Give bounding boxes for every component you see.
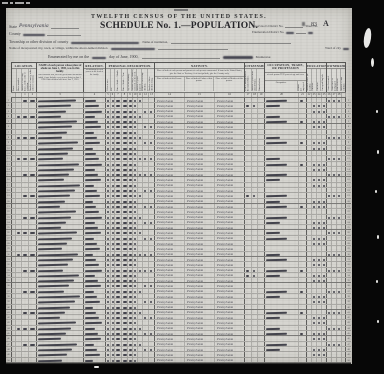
cell-natz xyxy=(258,183,265,187)
line-number-right: 46 xyxy=(346,336,351,340)
cell-mon xyxy=(299,130,307,134)
birthplace-handwriting: Pennsylvania xyxy=(187,326,203,330)
handwriting-ink xyxy=(144,126,146,128)
cell-name xyxy=(37,299,84,303)
handwriting-ink xyxy=(129,312,132,314)
cell-name xyxy=(37,225,84,229)
cell-mon xyxy=(299,236,307,240)
cell-dwell xyxy=(22,124,29,128)
cell-imm xyxy=(245,257,252,261)
handwriting-ink xyxy=(23,291,27,293)
supervisor-label: Supervisor's District No. xyxy=(252,24,283,28)
cell-nat3: Pennsylvania xyxy=(215,336,245,340)
birthplace-handwriting: Pennsylvania xyxy=(187,130,203,134)
cell-imm xyxy=(245,183,252,187)
cell-nat3: Pennsylvania xyxy=(215,177,245,181)
handwriting-ink xyxy=(323,121,325,123)
cell-occ xyxy=(265,215,299,219)
cell-fam xyxy=(29,204,37,208)
cell-mon xyxy=(299,135,307,139)
cell-nat3: Pennsylvania xyxy=(215,167,245,171)
cell-imm xyxy=(245,124,252,128)
handwriting-ink xyxy=(107,169,109,171)
cell-mon xyxy=(299,347,307,351)
cell-natz xyxy=(258,135,265,139)
handwriting-ink xyxy=(107,121,109,123)
cell-fam xyxy=(29,252,37,256)
cell-occ xyxy=(265,151,299,155)
cell-dwell xyxy=(22,241,29,245)
handwriting-ink xyxy=(112,232,114,234)
handwriting-ink xyxy=(123,328,127,330)
cell-nat1: Pennsylvania xyxy=(155,252,185,256)
birthplace-handwriting: Pennsylvania xyxy=(217,120,233,124)
cell-fam xyxy=(29,162,37,166)
cell-fam xyxy=(29,320,37,324)
line-number-right: 42 xyxy=(346,315,351,319)
handwriting-ink xyxy=(338,344,340,346)
handwriting-ink xyxy=(107,275,109,277)
birthplace-handwriting: Pennsylvania xyxy=(217,167,233,171)
handwriting-ink xyxy=(139,100,141,102)
handwriting-ink xyxy=(266,343,287,345)
handwriting-ink xyxy=(23,195,27,197)
cell-fam xyxy=(29,326,37,330)
birthplace-handwriting: Pennsylvania xyxy=(157,236,173,240)
cell-nat3: Pennsylvania xyxy=(215,183,245,187)
cell-mon xyxy=(299,336,307,340)
cell-name xyxy=(37,135,84,139)
birthplace-handwriting: Pennsylvania xyxy=(157,316,173,320)
handwriting-ink xyxy=(313,126,315,128)
birthplace-handwriting: Pennsylvania xyxy=(157,194,173,198)
handwriting-ink xyxy=(246,269,249,271)
handwriting-ink xyxy=(107,269,109,271)
handwriting-ink xyxy=(323,238,325,240)
cell-mon xyxy=(299,167,307,171)
handwriting-ink xyxy=(123,111,127,113)
cell-natz xyxy=(258,278,265,282)
handwriting-ink xyxy=(253,195,255,197)
table-header: LOCATION.Street.House number.Number of d… xyxy=(11,62,346,93)
cell-dwell xyxy=(22,162,29,166)
birthplace-handwriting: Pennsylvania xyxy=(157,109,173,113)
handwriting-ink xyxy=(38,327,71,329)
cell-occ xyxy=(265,262,299,266)
line-number-right: 17 xyxy=(346,183,351,187)
handwriting-ink xyxy=(85,317,99,319)
handwriting-ink xyxy=(318,259,320,261)
birthplace-handwriting: Pennsylvania xyxy=(187,300,203,304)
cell-nat3: Pennsylvania xyxy=(215,320,245,324)
birthplace-handwriting: Pennsylvania xyxy=(217,136,233,140)
handwriting-ink xyxy=(266,296,280,298)
cell-occ xyxy=(265,252,299,256)
handwriting-ink xyxy=(38,343,77,346)
cell-dwell xyxy=(22,315,29,319)
cell-natz xyxy=(258,193,265,197)
section-title: OCCUPATION, TRADE, OR PROFESSION xyxy=(265,63,306,73)
handwriting-ink xyxy=(85,232,101,234)
handwriting-ink xyxy=(38,349,72,351)
handwriting-ink xyxy=(112,211,114,213)
cell-imm xyxy=(245,193,252,197)
birthplace-handwriting: Pennsylvania xyxy=(157,284,173,288)
handwriting-ink xyxy=(266,174,287,176)
cell-occ xyxy=(265,183,299,187)
cell-occ xyxy=(265,310,299,314)
handwriting-ink xyxy=(338,232,340,234)
cell-occ xyxy=(265,358,299,362)
handwriting-ink xyxy=(116,328,120,330)
cell-rel xyxy=(84,331,106,335)
handwriting-ink xyxy=(144,254,146,256)
handwriting-ink xyxy=(323,338,325,340)
cell-nat2: Pennsylvania xyxy=(185,299,215,303)
column-label: Place of birth of this Person. xyxy=(155,77,185,91)
cell-rel xyxy=(84,119,106,123)
cell-imm xyxy=(245,262,252,266)
cell-mo xyxy=(115,289,122,293)
cell-nat2: Pennsylvania xyxy=(185,124,215,128)
cell-nat2: Pennsylvania xyxy=(185,119,215,123)
line-number-right: 5 xyxy=(346,119,351,123)
handwriting-ink xyxy=(107,338,109,340)
cell-mon xyxy=(299,215,307,219)
birthplace-handwriting: Pennsylvania xyxy=(187,189,203,193)
cell-name xyxy=(37,257,84,261)
cell-nat3: Pennsylvania xyxy=(215,252,245,256)
cell-nat3: Pennsylvania xyxy=(215,156,245,160)
cell-mo xyxy=(115,336,122,340)
handwriting-ink xyxy=(134,148,136,150)
cell-fam xyxy=(29,241,37,245)
handwriting-ink xyxy=(107,222,109,224)
handwriting-ink xyxy=(318,201,320,203)
birthplace-handwriting: Pennsylvania xyxy=(157,353,173,357)
cell-imm xyxy=(245,289,252,293)
handwriting-ink xyxy=(144,269,146,271)
handwriting-ink xyxy=(266,137,280,139)
cell-mon xyxy=(299,177,307,181)
birthplace-handwriting: Pennsylvania xyxy=(217,189,233,193)
handwriting-ink xyxy=(112,195,114,197)
census-sheet: TWELFTH CENSUS OF THE UNITED STATES. 83A… xyxy=(6,8,352,364)
handwriting-ink xyxy=(30,232,35,234)
cell-nat2: Pennsylvania xyxy=(185,305,215,309)
sub-columns: Year of immigration to the United States… xyxy=(245,69,264,91)
cell-mo xyxy=(115,172,122,176)
handwriting-ink xyxy=(266,121,287,123)
handwriting-ink xyxy=(139,291,141,293)
handwriting-ink xyxy=(116,195,120,197)
birthplace-handwriting: Pennsylvania xyxy=(217,210,233,214)
cell-rel xyxy=(84,320,106,324)
cell-imm xyxy=(245,215,252,219)
cell-mo xyxy=(115,342,122,346)
handwriting-ink xyxy=(38,306,70,308)
cell-imm xyxy=(245,146,252,150)
cell-rel xyxy=(84,109,106,113)
cell-mon xyxy=(299,305,307,309)
cell-natz xyxy=(258,177,265,181)
handwriting-ink xyxy=(30,195,35,197)
cell-occ xyxy=(265,119,299,123)
handwriting-ink xyxy=(107,322,109,324)
handwriting-ink xyxy=(129,142,132,144)
cell-nat1: Pennsylvania xyxy=(155,347,185,351)
handwriting-ink xyxy=(85,174,98,176)
cell-fam xyxy=(29,98,37,102)
handwriting-ink xyxy=(134,285,136,287)
cell-occ xyxy=(265,188,299,192)
cell-nat1: Pennsylvania xyxy=(155,336,185,340)
handwriting-ink xyxy=(134,312,136,314)
handwriting-ink xyxy=(328,100,330,102)
cell-imm xyxy=(245,109,252,113)
cell-fam xyxy=(29,358,37,362)
birthplace-handwriting: Pennsylvania xyxy=(157,162,173,166)
handwriting-ink xyxy=(85,148,93,150)
handwriting-ink xyxy=(318,206,320,208)
cell-occ xyxy=(265,98,299,102)
handwriting-ink xyxy=(85,142,100,144)
form-number-smudge xyxy=(174,9,188,11)
cell-name xyxy=(37,326,84,330)
handwriting-ink xyxy=(30,344,35,346)
handwriting-ink xyxy=(107,280,109,282)
handwriting-ink xyxy=(123,264,127,266)
handwriting-ink xyxy=(300,269,303,271)
cell-name xyxy=(37,289,84,293)
cell-imm xyxy=(245,119,252,123)
handwriting-ink xyxy=(112,201,114,203)
birthplace-handwriting: Pennsylvania xyxy=(157,104,173,108)
handwriting-ink xyxy=(123,227,127,229)
handwriting-ink xyxy=(123,338,127,340)
cell-rel xyxy=(84,241,106,245)
handwriting-ink xyxy=(134,232,136,234)
birthplace-handwriting: Pennsylvania xyxy=(157,273,173,277)
cell-nat3: Pennsylvania xyxy=(215,268,245,272)
cell-mon xyxy=(299,204,307,208)
handwriting-ink xyxy=(107,174,109,176)
cell-mo xyxy=(115,241,122,245)
handwriting-ink xyxy=(123,169,127,171)
birthplace-handwriting: Pennsylvania xyxy=(217,236,233,240)
cell-mon xyxy=(299,278,307,282)
enumerated-label2: day of June, 1900, xyxy=(109,54,138,59)
handwriting-ink xyxy=(313,206,315,208)
handwriting-ink xyxy=(318,169,320,171)
cell-name xyxy=(37,98,84,102)
handwriting-ink xyxy=(30,291,35,293)
handwriting-ink xyxy=(85,248,100,250)
cell-name xyxy=(37,294,84,298)
handwriting-ink xyxy=(134,206,136,208)
handwriting-ink xyxy=(116,116,120,118)
handwriting-ink xyxy=(144,301,146,303)
birthplace-handwriting: Pennsylvania xyxy=(217,104,233,108)
handwriting-ink xyxy=(313,322,315,324)
handwriting-ink xyxy=(323,301,325,303)
handwriting-ink xyxy=(38,211,76,214)
handwriting-ink xyxy=(38,354,67,356)
cell-imm xyxy=(245,167,252,171)
line-number-right: 25 xyxy=(346,225,351,229)
cell-nat3: Pennsylvania xyxy=(215,172,245,176)
birthplace-handwriting: Pennsylvania xyxy=(157,189,173,193)
cell-natz xyxy=(258,172,265,176)
cell-dwell xyxy=(22,225,29,229)
blank-line xyxy=(47,32,81,36)
handwriting-ink xyxy=(38,338,61,340)
county-field: County xyxy=(9,29,109,36)
cell-rel xyxy=(84,294,106,298)
scan-artifact xyxy=(371,58,374,67)
birthplace-handwriting: Pennsylvania xyxy=(157,300,173,304)
township-handwriting xyxy=(71,42,139,44)
handwriting-ink xyxy=(17,232,20,234)
handwriting-ink xyxy=(134,126,136,128)
handwriting-ink xyxy=(38,243,67,245)
cell-mo xyxy=(115,268,122,272)
cell-natz xyxy=(258,230,265,234)
cell-name xyxy=(37,273,84,277)
handwriting-ink xyxy=(139,269,141,271)
handwriting-ink xyxy=(116,148,120,150)
handwriting-ink xyxy=(313,259,315,261)
blank-line xyxy=(142,55,220,59)
handwriting-ink xyxy=(30,216,35,218)
cell-fam xyxy=(29,262,37,266)
line-number-right: 20 xyxy=(346,199,351,203)
handwriting-ink xyxy=(150,158,152,160)
handwriting-ink xyxy=(129,211,132,213)
cell-nat2: Pennsylvania xyxy=(185,246,215,250)
handwriting-ink xyxy=(85,195,100,197)
column-number: 3 xyxy=(37,93,84,97)
line-number-right: 32 xyxy=(346,262,351,266)
cell-nat2: Pennsylvania xyxy=(185,209,215,213)
handwriting-ink xyxy=(134,137,136,139)
cell-dwell xyxy=(22,336,29,340)
blank-line xyxy=(171,40,291,44)
handwriting-ink xyxy=(85,254,93,256)
handwriting-ink xyxy=(85,349,97,351)
handwriting-ink xyxy=(107,354,109,356)
cell-name xyxy=(37,162,84,166)
line-number-right: 33 xyxy=(346,268,351,272)
cell-fam xyxy=(29,305,37,309)
handwriting-ink xyxy=(144,222,146,224)
birthplace-handwriting: Pennsylvania xyxy=(187,194,203,198)
handwriting-ink xyxy=(313,148,315,150)
cell-occ xyxy=(265,336,299,340)
cell-mon xyxy=(299,310,307,314)
column-number: 21 xyxy=(299,93,307,97)
handwriting-ink xyxy=(107,148,109,150)
handwriting-ink xyxy=(313,111,315,113)
handwriting-ink xyxy=(333,174,335,176)
handwriting-ink xyxy=(116,285,120,287)
cell-mon xyxy=(299,156,307,160)
birthplace-handwriting: Pennsylvania xyxy=(157,321,173,325)
line-number-right: 31 xyxy=(346,257,351,261)
handwriting-ink xyxy=(85,285,101,287)
cell-nat2: Pennsylvania xyxy=(185,278,215,282)
cell-dwell xyxy=(22,119,29,123)
cell-imm xyxy=(245,342,252,346)
handwriting-ink xyxy=(246,275,249,277)
handwriting-ink xyxy=(38,126,72,128)
birthplace-handwriting: Pennsylvania xyxy=(187,152,203,156)
birthplace-handwriting: Pennsylvania xyxy=(217,109,233,113)
birthplace-handwriting: Pennsylvania xyxy=(157,141,173,145)
handwriting-ink xyxy=(85,280,98,282)
cell-nat2: Pennsylvania xyxy=(185,156,215,160)
birthplace-handwriting: Pennsylvania xyxy=(187,104,203,108)
cell-fam xyxy=(29,294,37,298)
handwriting-ink xyxy=(328,344,330,346)
handwriting-ink xyxy=(313,301,315,303)
handwriting-ink xyxy=(323,222,325,224)
handwriting-ink xyxy=(38,179,64,181)
cell-natz xyxy=(258,294,265,298)
cell-dwell xyxy=(22,246,29,250)
cell-name xyxy=(37,336,84,340)
state-field: State Pennsylvania xyxy=(9,22,109,29)
cell-occ xyxy=(265,294,299,298)
handwriting-ink xyxy=(107,111,109,113)
handwriting-ink xyxy=(318,111,320,113)
handwriting-ink xyxy=(112,206,114,208)
handwriting-ink xyxy=(129,269,132,271)
cell-occ xyxy=(265,352,299,356)
handwriting-ink xyxy=(144,111,146,113)
header-section: RELATION.Relationship of each person to … xyxy=(84,63,106,92)
handwriting-ink xyxy=(85,185,94,187)
handwriting-ink xyxy=(129,116,132,118)
handwriting-ink xyxy=(85,312,96,314)
cell-natz xyxy=(258,257,265,261)
cell-nat2: Pennsylvania xyxy=(185,215,215,219)
handwriting-ink xyxy=(85,216,102,218)
handwriting-ink xyxy=(23,269,27,271)
cell-nat1: Pennsylvania xyxy=(155,215,185,219)
handwriting-ink xyxy=(116,359,120,361)
header-section: LOCATION.Street.House number.Number of d… xyxy=(11,63,37,92)
cell-nat3: Pennsylvania xyxy=(215,257,245,261)
cell-natz xyxy=(258,114,265,118)
handwriting-ink xyxy=(38,280,74,283)
birthplace-handwriting: Pennsylvania xyxy=(157,242,173,246)
handwriting-ink xyxy=(38,142,78,145)
handwriting-ink xyxy=(144,158,146,160)
handwriting-ink xyxy=(85,121,98,123)
cell-mo xyxy=(115,278,122,282)
birthplace-handwriting: Pennsylvania xyxy=(217,316,233,320)
handwriting-ink xyxy=(266,312,287,314)
cell-nat2: Pennsylvania xyxy=(185,135,215,139)
handwriting-ink xyxy=(123,259,127,261)
handwriting-ink xyxy=(300,142,303,144)
handwriting-ink xyxy=(139,232,141,234)
cell-mon xyxy=(299,358,307,362)
cell-fam xyxy=(29,114,37,118)
birthplace-handwriting: Pennsylvania xyxy=(157,157,173,161)
handwriting-ink xyxy=(129,222,132,224)
